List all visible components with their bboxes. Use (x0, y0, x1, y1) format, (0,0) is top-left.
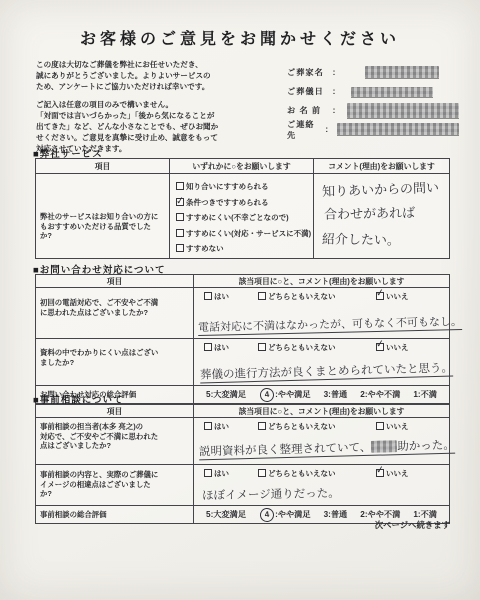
rating-label: 事前相談の総合評価 (36, 510, 110, 520)
checkbox (176, 244, 184, 252)
yes-no-options: はい どちらともいえない いいえ (194, 288, 449, 302)
checkbox (376, 343, 384, 351)
checkbox-option: どちらともいえない (258, 421, 376, 432)
checkbox-option: はい (204, 468, 258, 479)
checkbox-option: いいえ (376, 291, 409, 302)
rating-4: 4 (259, 387, 275, 403)
checkbox (204, 343, 212, 351)
redacted-value (347, 103, 459, 118)
header-item: 項目 (36, 275, 193, 287)
checkbox (258, 343, 266, 351)
table-row: 事前相談の内容と、実際のご葬儀に イメージの相違点はございました か? はい ど… (36, 464, 449, 505)
checkbox-option: すすめない (176, 241, 313, 257)
field-colon: : (329, 68, 339, 77)
checkbox (176, 213, 184, 221)
header-choice: いずれかに○をお願いします (169, 159, 313, 173)
table-row: 資料の中でわかりにくい点はござい ましたか? はい どちらともいえない いいえ … (36, 338, 449, 385)
checkbox-option: はい (204, 421, 258, 432)
checkbox (376, 422, 384, 430)
handwritten-comment: ほぼイメージ通りだった。 (202, 485, 340, 503)
checkbox-option: はい (204, 342, 258, 353)
header-response: 該当項目に○と、コメント(理由)をお願いします (193, 275, 449, 287)
field-family-name: ご葬家名 : (287, 63, 459, 82)
checkbox-option: どちらともいえない (258, 342, 376, 353)
checkbox (258, 292, 266, 300)
service-options: 知り合いにすすめられる 条件つきですすめられる すすめにくい(不幸ごとなので) … (169, 174, 313, 258)
field-label: ご連絡先 (287, 119, 323, 141)
field-label: お 名 前 (287, 105, 329, 116)
checkbox (204, 469, 212, 477)
field-colon: : (329, 106, 339, 115)
rating-scale: 5:大変満足 4:やや満足 3:普通 2:やや不満 1:不満 (194, 388, 449, 402)
field-colon: : (323, 125, 331, 134)
checkbox-option: 知り合いにすすめられる (176, 179, 313, 195)
inquiry-question-1: 初回の電話対応で、ご不安やご不満 に思われた点はございましたか? (36, 288, 193, 317)
checkbox-option: いいえ (376, 468, 409, 479)
field-label: ご葬家名 (287, 67, 329, 78)
intro-paragraph-1: この度は大切なご葬儀を弊社にお任せいただき、 誠にありがとうございました。よりよ… (36, 59, 274, 92)
field-label: ご葬儀日 (287, 86, 329, 97)
checkbox (258, 469, 266, 477)
handwritten-comment: 葬儀の進行方法が良くまとめられていたと思う。 (200, 359, 453, 383)
checkbox (204, 422, 212, 430)
handwritten-comment: 電話対応に不満はなかったが、可もなく不可もなし。 (198, 313, 462, 336)
redacted-value (337, 123, 459, 135)
handwritten-comment: 知りあいからの問い (322, 177, 440, 200)
handwritten-comment: 紹介したい。 (322, 228, 400, 248)
handwritten-comment: 合わせがあれば (324, 202, 415, 223)
consultation-question-1: 事前相談の担当者(本多 亮之)の 対応で、ご不安やご不満に思われた 点はございま… (36, 418, 193, 451)
checkbox (204, 292, 212, 300)
service-table: 項目 いずれかに○をお願いします コメント(理由)をお願いします 弊社のサービス… (35, 158, 450, 259)
checkbox (376, 292, 384, 300)
consultation-question-2: 事前相談の内容と、実際のご葬儀に イメージの相違点はございました か? (36, 465, 193, 499)
header-item: 項目 (36, 405, 193, 417)
checkbox (176, 182, 184, 190)
checkbox-option: はい (204, 291, 258, 302)
checkbox (176, 198, 184, 206)
table-header-row: 項目 該当項目に○と、コメント(理由)をお願いします (36, 275, 449, 287)
checkbox-option: 条件つきですすめられる (176, 195, 313, 211)
yes-no-options: はい どちらともいえない いいえ (194, 465, 449, 479)
table-row: 初回の電話対応で、ご不安やご不満 に思われた点はございましたか? はい どちらと… (36, 287, 449, 338)
rating-4: 4 (259, 507, 275, 523)
table-row: 弊社のサービスはお知り合いの方に もおすすめいただける品質でした か? 知り合い… (36, 173, 449, 258)
table-row: 事前相談の担当者(本多 亮之)の 対応で、ご不安やご不満に思われた 点はございま… (36, 417, 449, 464)
yes-no-options: はい どちらともいえない いいえ (194, 339, 449, 353)
checkbox-option: すすめにくい(不幸ごとなので) (176, 210, 313, 226)
header-comment: コメント(理由)をお願いします (313, 159, 449, 173)
field-contact: ご連絡先 : (287, 120, 459, 139)
table-header-row: 項目 いずれかに○をお願いします コメント(理由)をお願いします (36, 159, 449, 173)
field-name: お 名 前 : (287, 101, 459, 120)
field-colon: : (329, 87, 339, 96)
consultation-table: 項目 該当項目に○と、コメント(理由)をお願いします 事前相談の担当者(本多 亮… (35, 404, 450, 524)
inquiry-table: 項目 該当項目に○と、コメント(理由)をお願いします 初回の電話対応で、ご不安や… (35, 274, 450, 404)
field-funeral-date: ご葬儀日 : (287, 82, 459, 101)
checkbox (376, 469, 384, 477)
yes-no-options: はい どちらともいえない いいえ (194, 418, 449, 432)
header-response: 該当項目に○と、コメント(理由)をお願いします (193, 405, 449, 417)
guest-info-block: ご葬家名 : ご葬儀日 : お 名 前 : ご連絡先 : (287, 63, 459, 139)
checkbox (258, 422, 266, 430)
checkbox-option: すすめにくい(対応・サービスに不満) (176, 226, 313, 242)
inquiry-question-2: 資料の中でわかりにくい点はござい ましたか? (36, 339, 193, 367)
service-comment-cell: 知りあいからの問い 合わせがあれば 紹介したい。 (313, 174, 449, 258)
redacted-value (365, 66, 439, 78)
page-title: お客様のご意見をお聞かせください (0, 26, 480, 49)
checkbox-option: いいえ (376, 421, 409, 432)
header-item: 項目 (36, 159, 169, 173)
service-question: 弊社のサービスはお知り合いの方に もおすすめいただける品質でした か? (36, 174, 169, 241)
handwritten-comment: 説明資料が良く整理されていて、助かった。 (199, 437, 455, 461)
checkbox-option: どちらともいえない (258, 468, 376, 479)
intro-text: この度は大切なご葬儀を弊社にお任せいただき、 誠にありがとうございました。よりよ… (36, 59, 274, 154)
checkbox-option: いいえ (376, 342, 409, 353)
redacted-value (351, 87, 433, 97)
checkbox-option: どちらともいえない (258, 291, 376, 302)
scanned-questionnaire-page: お客様のご意見をお聞かせください この度は大切なご葬儀を弊社にお任せいただき、 … (0, 0, 480, 600)
next-page-note: 次ページへ続きます (375, 519, 450, 531)
table-header-row: 項目 該当項目に○と、コメント(理由)をお願いします (36, 405, 449, 417)
checkbox (176, 229, 184, 237)
redacted-word (371, 440, 397, 453)
